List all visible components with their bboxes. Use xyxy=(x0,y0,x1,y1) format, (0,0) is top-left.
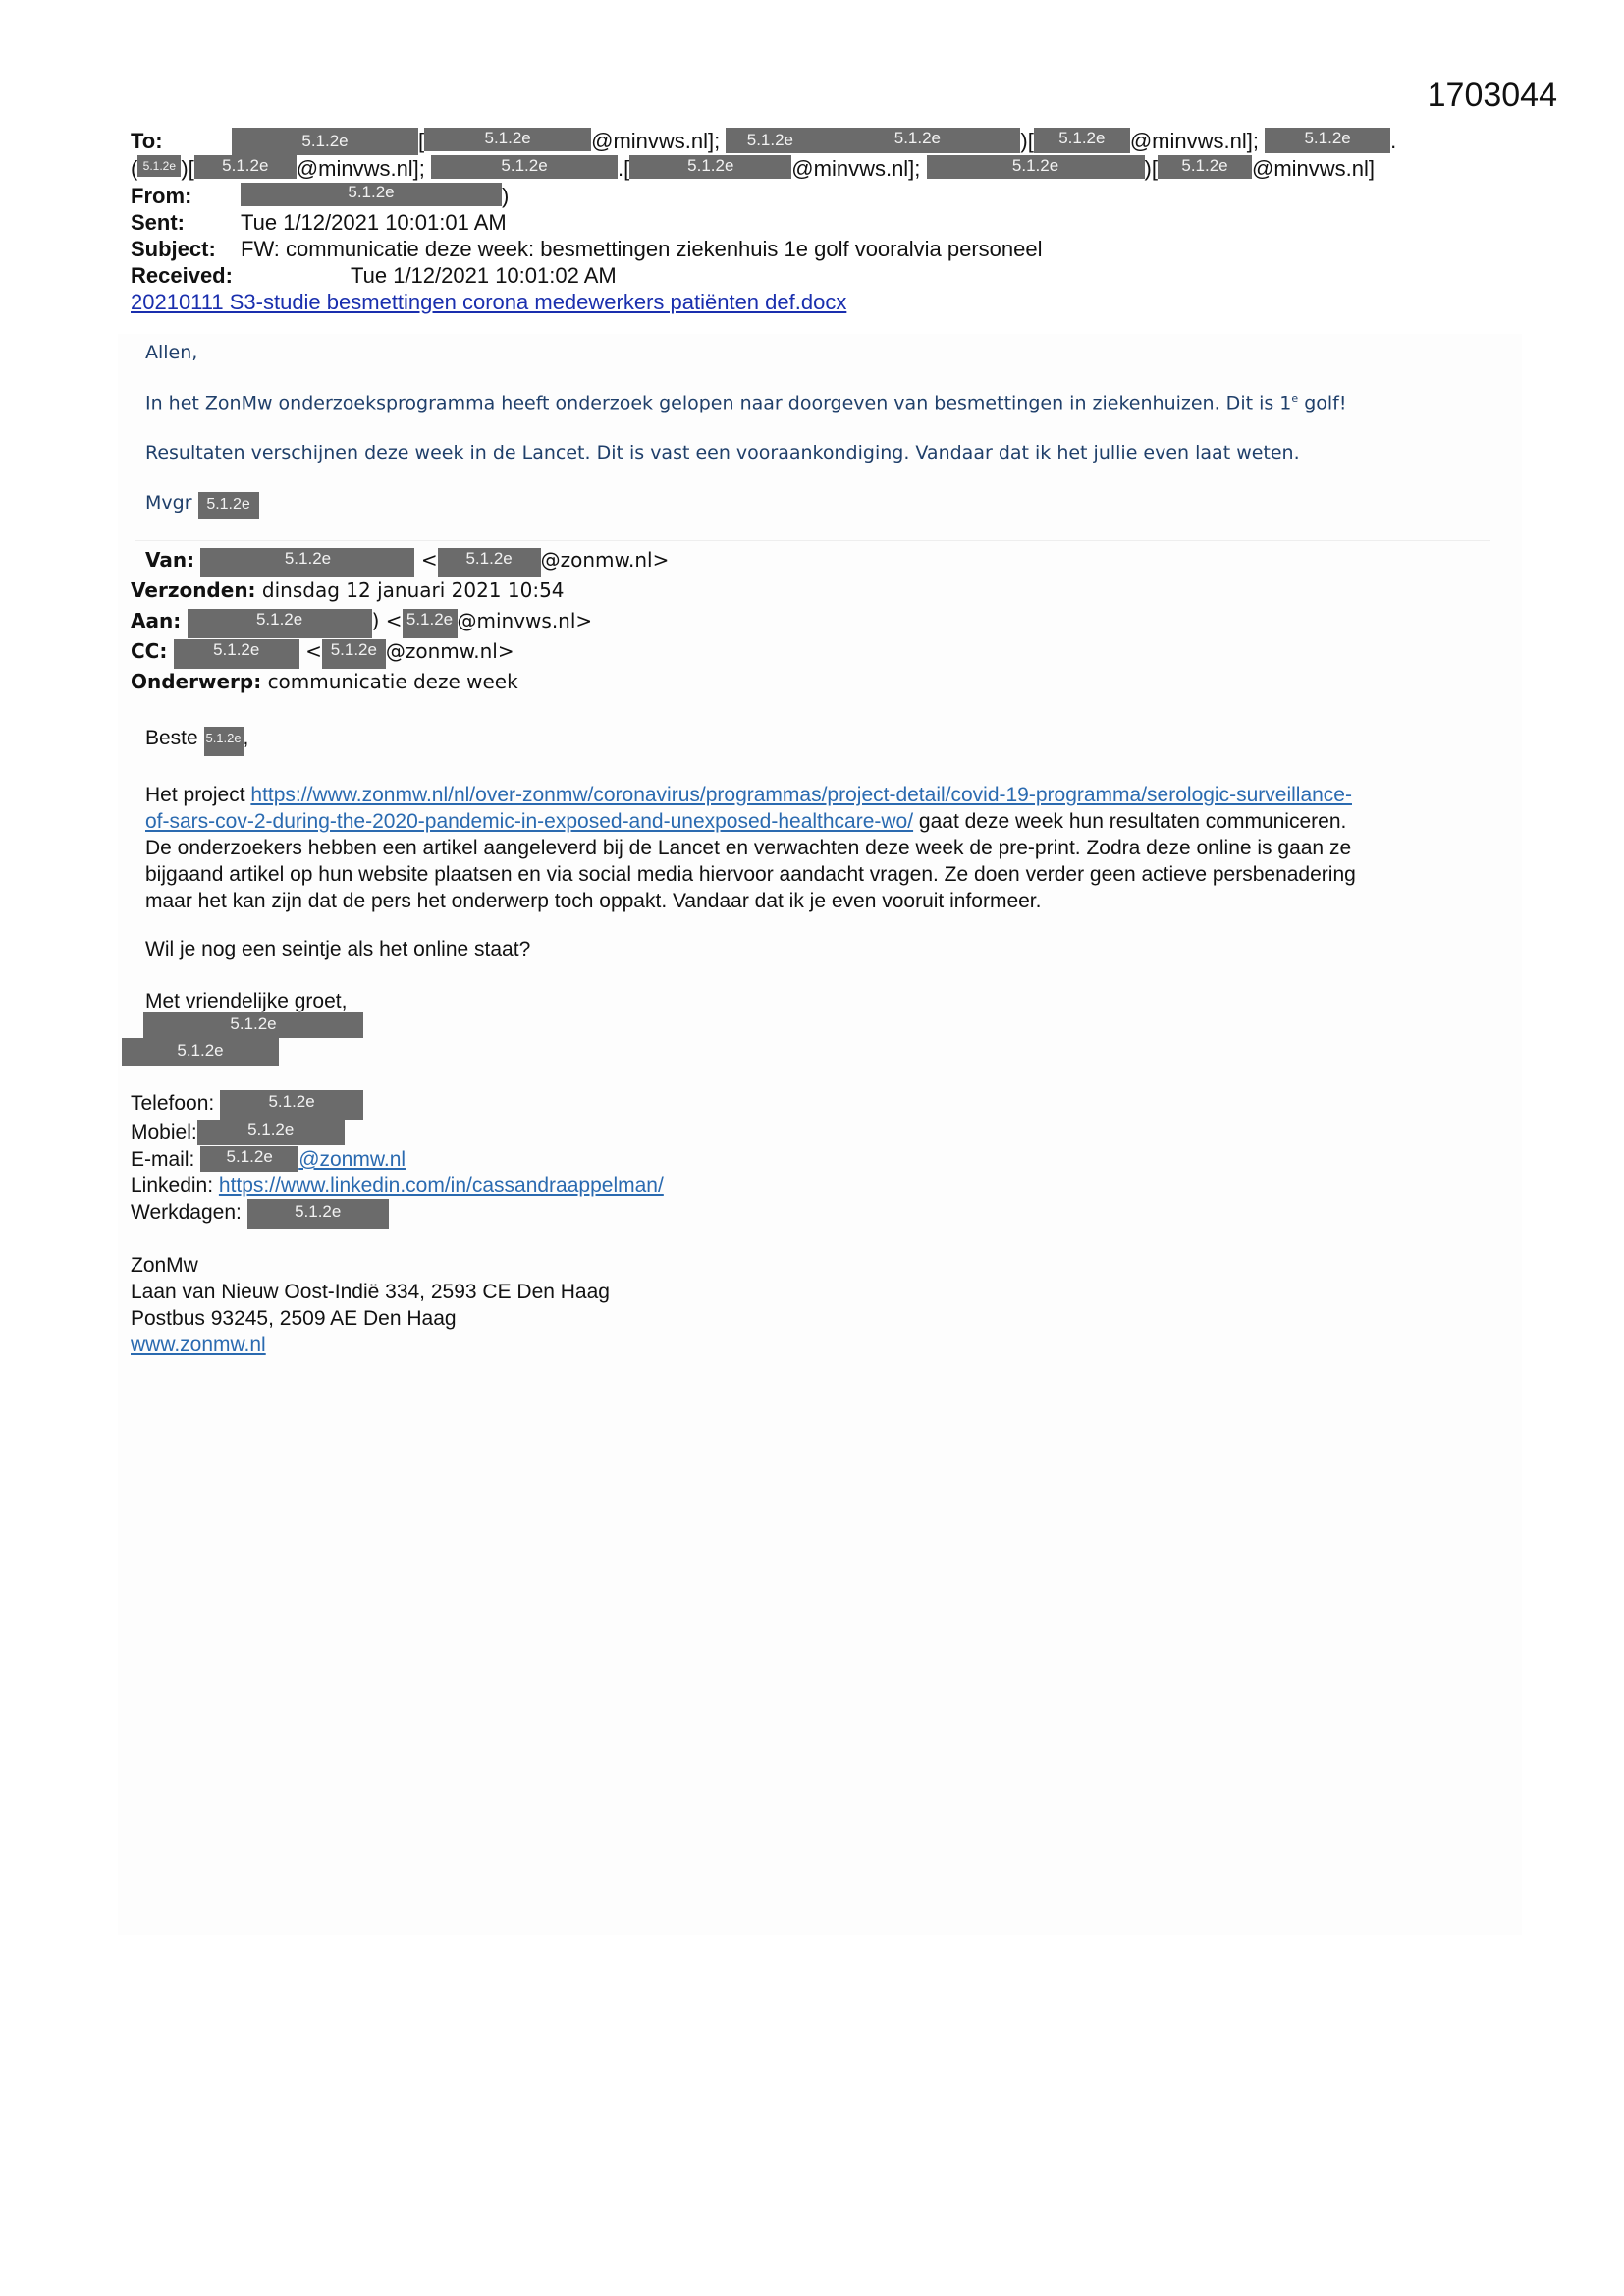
subject-line: Subject:FW: communicatie deze week: besm… xyxy=(131,236,1042,262)
attachment-row: 20210111 S3-studie besmettingen corona m… xyxy=(131,289,846,315)
to-line-1: To:5.1.2e[5.1.2e@minvws.nl]; 5.1.2e5.1.2… xyxy=(131,128,1396,155)
cc-line: CC: 5.1.2e <5.1.2e@zonmw.nl> xyxy=(131,639,514,669)
linkedin-row: Linkedin: https://www.linkedin.com/in/ca… xyxy=(131,1173,664,1199)
redaction: 5.1.2e xyxy=(403,609,458,638)
cc-label: CC: xyxy=(131,639,167,663)
forward-greeting: Allen, xyxy=(145,342,197,363)
to-domain: @minvws.nl]; xyxy=(1130,129,1259,153)
redaction: 5.1.2e xyxy=(927,155,1145,179)
text: Beste xyxy=(145,727,198,749)
aan-domain: @minvws.nl> xyxy=(458,609,593,632)
aan-label: Aan: xyxy=(131,609,181,632)
org-name: ZonMw xyxy=(131,1252,610,1279)
project-link[interactable]: https://www.zonmw.nl/nl/over-zonmw/coron… xyxy=(250,784,1352,806)
forward-signoff: Mvgr 5.1.2e xyxy=(145,492,259,519)
redaction: 5.1.2e xyxy=(438,548,541,577)
forward-paragraph-2: Resultaten verschijnen deze week in de L… xyxy=(145,442,1300,464)
cc-domain: @zonmw.nl> xyxy=(386,639,514,663)
label: Telefoon: xyxy=(131,1092,214,1115)
redaction: 5.1.2e xyxy=(1034,128,1130,153)
redaction: 5.1.2e xyxy=(431,155,618,179)
redaction: 5.1.2e xyxy=(232,128,418,155)
redaction: 5.1.2e xyxy=(137,155,181,177)
onderwerp-label: Onderwerp: xyxy=(131,670,261,693)
label: E-mail: xyxy=(131,1148,194,1171)
original-greeting: Beste 5.1.2e, xyxy=(145,727,248,756)
attachment-link[interactable]: 20210111 S3-studie besmettingen corona m… xyxy=(131,290,846,314)
address-line: Postbus 93245, 2509 AE Den Haag xyxy=(131,1305,610,1332)
text: In het ZonMw onderzoeksprogramma heeft o… xyxy=(145,392,1291,413)
redaction: 5.1.2e xyxy=(814,128,1020,153)
to-domain: @minvws.nl]; xyxy=(297,156,425,181)
sent-line: Sent:Tue 1/12/2021 10:01:01 AM xyxy=(131,209,507,236)
text: gaat deze week hun resultaten communicer… xyxy=(913,810,1346,833)
label: Linkedin: xyxy=(131,1175,213,1197)
to-line-2: (5.1.2e)[5.1.2e@minvws.nl]; 5.1.2e.[5.1.… xyxy=(131,155,1375,182)
redaction: 5.1.2e xyxy=(1158,155,1252,179)
redaction: 5.1.2e xyxy=(122,1038,279,1066)
text: Het project xyxy=(145,784,250,806)
redaction: 5.1.2e xyxy=(200,548,414,577)
redaction: 5.1.2e xyxy=(629,155,791,179)
label: Werkdagen: xyxy=(131,1201,242,1224)
sent-label: Sent: xyxy=(131,209,241,236)
redaction: 5.1.2e xyxy=(200,1146,298,1172)
aan-line: Aan: 5.1.2e) <5.1.2e@minvws.nl> xyxy=(131,609,592,638)
address-line: Laan van Nieuw Oost-Indië 334, 2593 CE D… xyxy=(131,1279,610,1305)
redaction: 5.1.2e xyxy=(220,1090,363,1120)
to-label: To: xyxy=(131,128,234,154)
redaction: 5.1.2e xyxy=(197,1120,345,1145)
subject-value: FW: communicatie deze week: besmettingen… xyxy=(241,237,1042,261)
text: Mvgr xyxy=(145,492,192,514)
text: De onderzoekers hebben een artikel aange… xyxy=(145,835,1356,861)
onderwerp-value: communicatie deze week xyxy=(268,670,518,693)
question: Wil je nog een seintje als het online st… xyxy=(145,938,530,961)
received-label: Received: xyxy=(131,262,351,289)
redaction: 5.1.2e xyxy=(322,639,386,669)
redaction: 5.1.2e xyxy=(241,183,502,206)
redaction: 5.1.2e xyxy=(1265,128,1390,153)
to-domain: @minvws.nl] xyxy=(1252,156,1375,181)
email-link[interactable]: @zonmw.nl xyxy=(298,1148,406,1171)
from-line: From:5.1.2e) xyxy=(131,183,509,209)
document-number: 1703044 xyxy=(1428,77,1557,115)
verzonden-value: dinsdag 12 januari 2021 10:54 xyxy=(262,578,565,602)
original-paragraph: Het project https://www.zonmw.nl/nl/over… xyxy=(145,782,1356,914)
to-domain: @minvws.nl]; xyxy=(791,156,920,181)
redaction: 5.1.2e xyxy=(204,727,244,756)
divider xyxy=(135,540,1490,541)
van-domain: @zonmw.nl> xyxy=(541,548,670,572)
signature-contact: Telefoon: 5.1.2e Mobiel:5.1.2e E-mail: 5… xyxy=(131,1090,664,1229)
forward-paragraph-1: In het ZonMw onderzoeksprogramma heeft o… xyxy=(145,392,1346,413)
signature-name-redaction: 5.1.2e xyxy=(143,1012,363,1038)
mobiel-row: Mobiel:5.1.2e xyxy=(131,1120,664,1146)
verzonden-line: Verzonden: dinsdag 12 januari 2021 10:54 xyxy=(131,578,565,602)
closing: Met vriendelijke groet, xyxy=(145,990,347,1013)
redaction: 5.1.2e xyxy=(726,128,814,153)
redaction: 5.1.2e xyxy=(247,1199,389,1229)
redaction: 5.1.2e xyxy=(143,1012,363,1038)
redaction: 5.1.2e xyxy=(188,609,372,638)
subject-label: Subject: xyxy=(131,236,241,262)
verzonden-label: Verzonden: xyxy=(131,578,256,602)
label: Mobiel: xyxy=(131,1121,197,1144)
signature-address: ZonMw Laan van Nieuw Oost-Indië 334, 259… xyxy=(131,1252,610,1358)
redaction: 5.1.2e xyxy=(424,128,591,151)
from-label: From: xyxy=(131,183,241,209)
telefoon-row: Telefoon: 5.1.2e xyxy=(131,1090,664,1120)
email-row: E-mail: 5.1.2e@zonmw.nl xyxy=(131,1146,664,1173)
van-line: Van: 5.1.2e <5.1.2e@zonmw.nl> xyxy=(145,548,669,577)
to-domain: @minvws.nl]; xyxy=(591,129,720,153)
linkedin-link[interactable]: https://www.linkedin.com/in/cassandraapp… xyxy=(219,1175,664,1197)
onderwerp-line: Onderwerp: communicatie deze week xyxy=(131,670,518,693)
signature-title-redaction: 5.1.2e xyxy=(122,1038,279,1066)
redaction: 5.1.2e xyxy=(194,155,297,179)
text: golf! xyxy=(1298,392,1346,413)
redaction: 5.1.2e xyxy=(174,639,299,669)
project-link[interactable]: of-sars-cov-2-during-the-2020-pandemic-i… xyxy=(145,810,913,833)
werkdagen-row: Werkdagen: 5.1.2e xyxy=(131,1199,664,1229)
received-value: Tue 1/12/2021 10:01:02 AM xyxy=(351,263,617,288)
received-line: Received:Tue 1/12/2021 10:01:02 AM xyxy=(131,262,617,289)
van-label: Van: xyxy=(145,548,194,572)
sent-value: Tue 1/12/2021 10:01:01 AM xyxy=(241,210,507,235)
redaction: 5.1.2e xyxy=(198,492,259,519)
text: bijgaand artikel op hun website plaatsen… xyxy=(145,861,1356,888)
website-link[interactable]: www.zonmw.nl xyxy=(131,1334,266,1356)
text: maar het kan zijn dat de pers het onderw… xyxy=(145,888,1356,914)
